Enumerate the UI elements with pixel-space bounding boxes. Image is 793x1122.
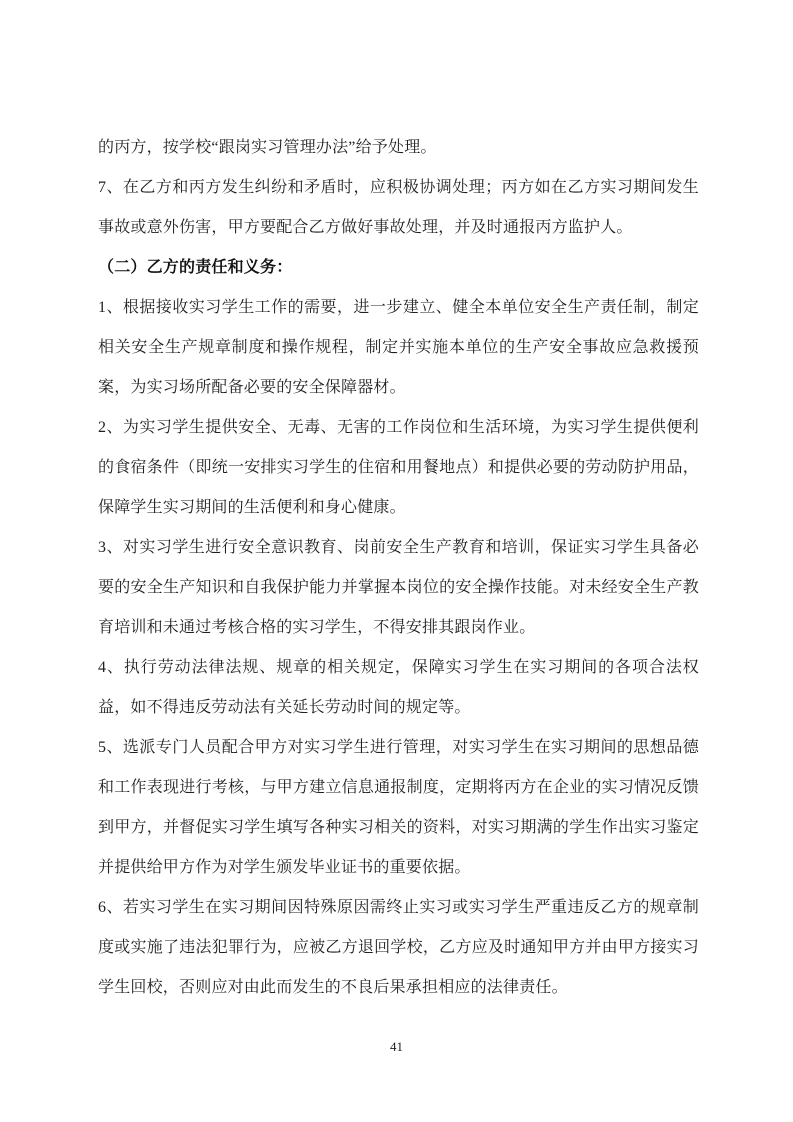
- document-body: 的丙方，按学校“跟岗实习管理办法”给予处理。 7、在乙方和丙方发生纠纷和矛盾时，…: [98, 128, 699, 1008]
- paragraph-item-5: 5、选派专门人员配合甲方对实习学生进行管理，对实习学生在实习期间的思想品德和工作…: [98, 728, 699, 888]
- paragraph-item-6: 6、若实习学生在实习期间因特殊原因需终止实习或实习学生严重违反乙方的规章制度或实…: [98, 888, 699, 1008]
- paragraph-continuation: 的丙方，按学校“跟岗实习管理办法”给予处理。: [98, 128, 699, 168]
- paragraph-item-7: 7、在乙方和丙方发生纠纷和矛盾时，应积极协调处理；丙方如在乙方实习期间发生事故或…: [98, 168, 699, 248]
- page-footer: 41: [0, 1038, 793, 1056]
- page-number: 41: [390, 1039, 403, 1054]
- paragraph-item-4: 4、执行劳动法律法规、规章的相关规定，保障实习学生在实习期间的各项合法权益，如不…: [98, 648, 699, 728]
- section-heading: （二）乙方的责任和义务：: [98, 248, 699, 288]
- document-page: 的丙方，按学校“跟岗实习管理办法”给予处理。 7、在乙方和丙方发生纠纷和矛盾时，…: [0, 0, 793, 1122]
- paragraph-item-3: 3、对实习学生进行安全意识教育、岗前安全生产教育和培训，保证实习学生具备必要的安…: [98, 528, 699, 648]
- paragraph-item-1: 1、根据接收实习学生工作的需要，进一步建立、健全本单位安全生产责任制，制定相关安…: [98, 288, 699, 408]
- paragraph-item-2: 2、为实习学生提供安全、无毒、无害的工作岗位和生活环境，为实习学生提供便利的食宿…: [98, 408, 699, 528]
